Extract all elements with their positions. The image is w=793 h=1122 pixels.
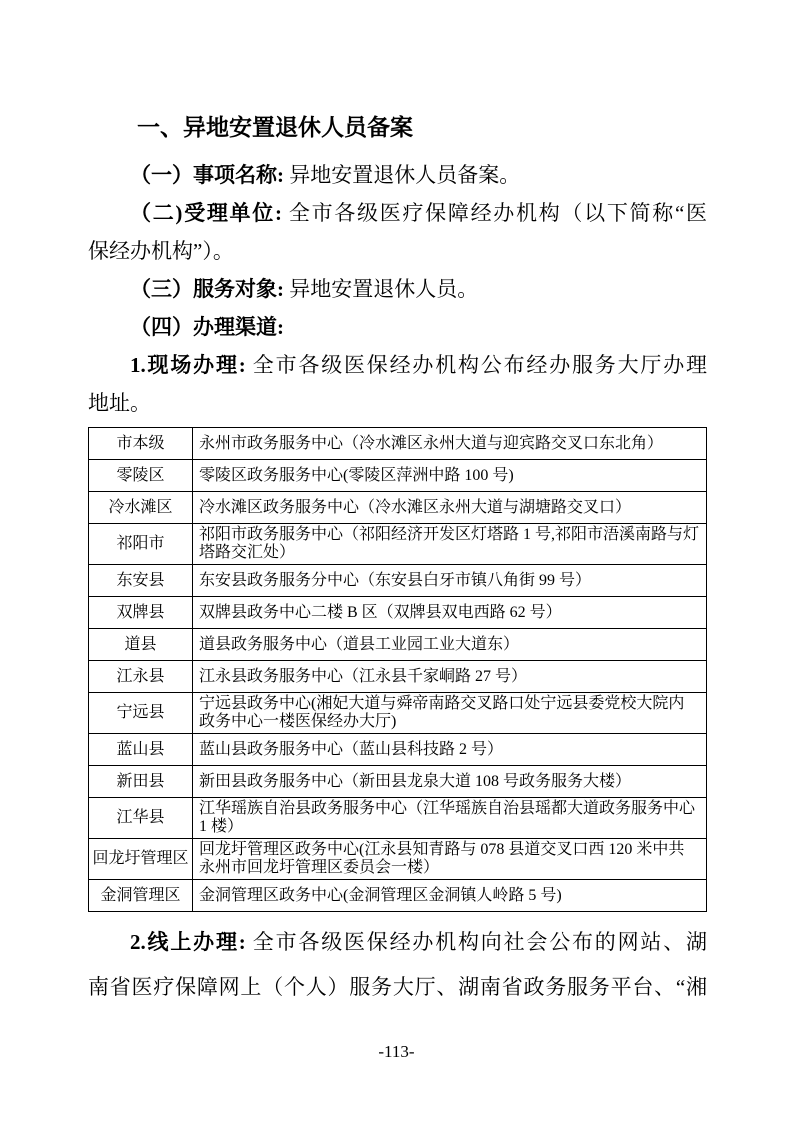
region-cell: 新田县 <box>89 766 193 798</box>
address-cell: 金洞管理区政务中心(金洞管理区金洞镇人岭路 5 号) <box>193 880 707 912</box>
address-cell: 双牌县政务中心二楼 B 区（双牌县双电西路 62 号） <box>193 597 707 629</box>
table-row: 冷水滩区冷水滩区政务服务中心（冷水滩区永州大道与湖塘路交叉口） <box>89 492 707 524</box>
region-cell: 市本级 <box>89 428 193 460</box>
region-cell: 祁阳市 <box>89 524 193 565</box>
text-line: （四）办理渠道: <box>88 308 707 346</box>
body-paragraphs-bottom: 2.线上办理: 全市各级医保经办机构向社会公布的网站、湖南省医疗保障网上（个人）… <box>88 920 707 1010</box>
region-cell: 回龙圩管理区 <box>89 839 193 880</box>
paragraph-label: 1.现场办理: <box>130 353 253 377</box>
address-cell: 宁远县政务中心(湘妃大道与舜帝南路交叉路口处宁远县委党校大院内政务中心一楼医保经… <box>193 693 707 734</box>
address-cell: 零陵区政务服务中心(零陵区萍洲中路 100 号) <box>193 460 707 492</box>
paragraph-label: （四）办理渠道: <box>130 315 284 339</box>
table-row: 金洞管理区金洞管理区政务中心(金洞管理区金洞镇人岭路 5 号) <box>89 880 707 912</box>
paragraph-text: 保经办机构”）。 <box>88 239 234 263</box>
page-number: -113- <box>0 1042 793 1062</box>
text-line: （三）服务对象: 异地安置退休人员。 <box>88 270 707 308</box>
address-cell: 江永县政务服务中心（江永县千家峒路 27 号） <box>193 661 707 693</box>
address-cell: 冷水滩区政务服务中心（冷水滩区永州大道与湖塘路交叉口） <box>193 492 707 524</box>
address-cell: 江华瑶族自治县政务服务中心（江华瑶族自治县瑶都大道政务服务中心 1 楼） <box>193 798 707 839</box>
paragraph-text: 全市各级医疗保障经办机构（以下简称“医 <box>289 201 707 225</box>
service-locations-table: 市本级永州市政务服务中心（冷水滩区永州大道与迎宾路交叉口东北角）零陵区零陵区政务… <box>88 427 707 912</box>
body-paragraphs-top: （一）事项名称: 异地安置退休人员备案。（二)受理单位: 全市各级医疗保障经办机… <box>88 156 707 422</box>
address-cell: 祁阳市政务服务中心（祁阳经济开发区灯塔路 1 号,祁阳市浯溪南路与灯塔路交汇处） <box>193 524 707 565</box>
region-cell: 双牌县 <box>89 597 193 629</box>
paragraph-label: （二)受理单位: <box>130 201 289 225</box>
service-table-body: 市本级永州市政务服务中心（冷水滩区永州大道与迎宾路交叉口东北角）零陵区零陵区政务… <box>89 428 707 912</box>
text-line: 地址。 <box>88 384 707 422</box>
paragraph-text: 地址。 <box>88 391 151 415</box>
table-row: 市本级永州市政务服务中心（冷水滩区永州大道与迎宾路交叉口东北角） <box>89 428 707 460</box>
region-cell: 零陵区 <box>89 460 193 492</box>
table-row: 祁阳市祁阳市政务服务中心（祁阳经济开发区灯塔路 1 号,祁阳市浯溪南路与灯塔路交… <box>89 524 707 565</box>
table-row: 蓝山县蓝山县政务服务中心（蓝山县科技路 2 号） <box>89 734 707 766</box>
paragraph-label: （一）事项名称: <box>130 163 289 187</box>
paragraph-label: 2.线上办理: <box>130 930 253 954</box>
address-cell: 道县政务服务中心（道县工业园工业大道东） <box>193 629 707 661</box>
paragraph-label: （三）服务对象: <box>130 277 289 301</box>
table-row: 道县道县政务服务中心（道县工业园工业大道东） <box>89 629 707 661</box>
address-cell: 新田县政务服务中心（新田县龙泉大道 108 号政务服务大楼） <box>193 766 707 798</box>
region-cell: 蓝山县 <box>89 734 193 766</box>
table-row: 东安县东安县政务服务分中心（东安县白牙市镇八角街 99 号） <box>89 565 707 597</box>
address-cell: 回龙圩管理区政务中心(江永县知青路与 078 县道交叉口西 120 米中共永州市… <box>193 839 707 880</box>
text-line: 2.线上办理: 全市各级医保经办机构向社会公布的网站、湖 <box>88 920 707 965</box>
region-cell: 宁远县 <box>89 693 193 734</box>
text-line: 保经办机构”）。 <box>88 232 707 270</box>
table-row: 宁远县宁远县政务中心(湘妃大道与舜帝南路交叉路口处宁远县委党校大院内政务中心一楼… <box>89 693 707 734</box>
text-line: （一）事项名称: 异地安置退休人员备案。 <box>88 156 707 194</box>
paragraph-text: 南省医疗保障网上（个人）服务大厅、湖南省政务服务平台、“湘 <box>88 975 707 999</box>
address-cell: 东安县政务服务分中心（东安县白牙市镇八角街 99 号） <box>193 565 707 597</box>
table-row: 新田县新田县政务服务中心（新田县龙泉大道 108 号政务服务大楼） <box>89 766 707 798</box>
paragraph-text: 全市各级医保经办机构公布经办服务大厅办理 <box>253 353 707 377</box>
document-page: 一、异地安置退休人员备案 （一）事项名称: 异地安置退休人员备案。（二)受理单位… <box>88 112 707 1010</box>
table-row: 零陵区零陵区政务服务中心(零陵区萍洲中路 100 号) <box>89 460 707 492</box>
text-line: 1.现场办理: 全市各级医保经办机构公布经办服务大厅办理 <box>88 346 707 384</box>
text-line: （二)受理单位: 全市各级医疗保障经办机构（以下简称“医 <box>88 194 707 232</box>
region-cell: 江华县 <box>89 798 193 839</box>
paragraph-text: 异地安置退休人员。 <box>289 277 478 301</box>
address-cell: 永州市政务服务中心（冷水滩区永州大道与迎宾路交叉口东北角） <box>193 428 707 460</box>
table-row: 双牌县双牌县政务中心二楼 B 区（双牌县双电西路 62 号） <box>89 597 707 629</box>
paragraph-text: 异地安置退休人员备案。 <box>289 163 520 187</box>
region-cell: 道县 <box>89 629 193 661</box>
region-cell: 东安县 <box>89 565 193 597</box>
region-cell: 金洞管理区 <box>89 880 193 912</box>
table-row: 江华县江华瑶族自治县政务服务中心（江华瑶族自治县瑶都大道政务服务中心 1 楼） <box>89 798 707 839</box>
region-cell: 江永县 <box>89 661 193 693</box>
address-cell: 蓝山县政务服务中心（蓝山县科技路 2 号） <box>193 734 707 766</box>
paragraph-text: 全市各级医保经办机构向社会公布的网站、湖 <box>253 930 707 954</box>
section-heading: 一、异地安置退休人员备案 <box>88 112 707 144</box>
table-row: 江永县江永县政务服务中心（江永县千家峒路 27 号） <box>89 661 707 693</box>
region-cell: 冷水滩区 <box>89 492 193 524</box>
text-line: 南省医疗保障网上（个人）服务大厅、湖南省政务服务平台、“湘 <box>88 965 707 1010</box>
table-row: 回龙圩管理区回龙圩管理区政务中心(江永县知青路与 078 县道交叉口西 120 … <box>89 839 707 880</box>
